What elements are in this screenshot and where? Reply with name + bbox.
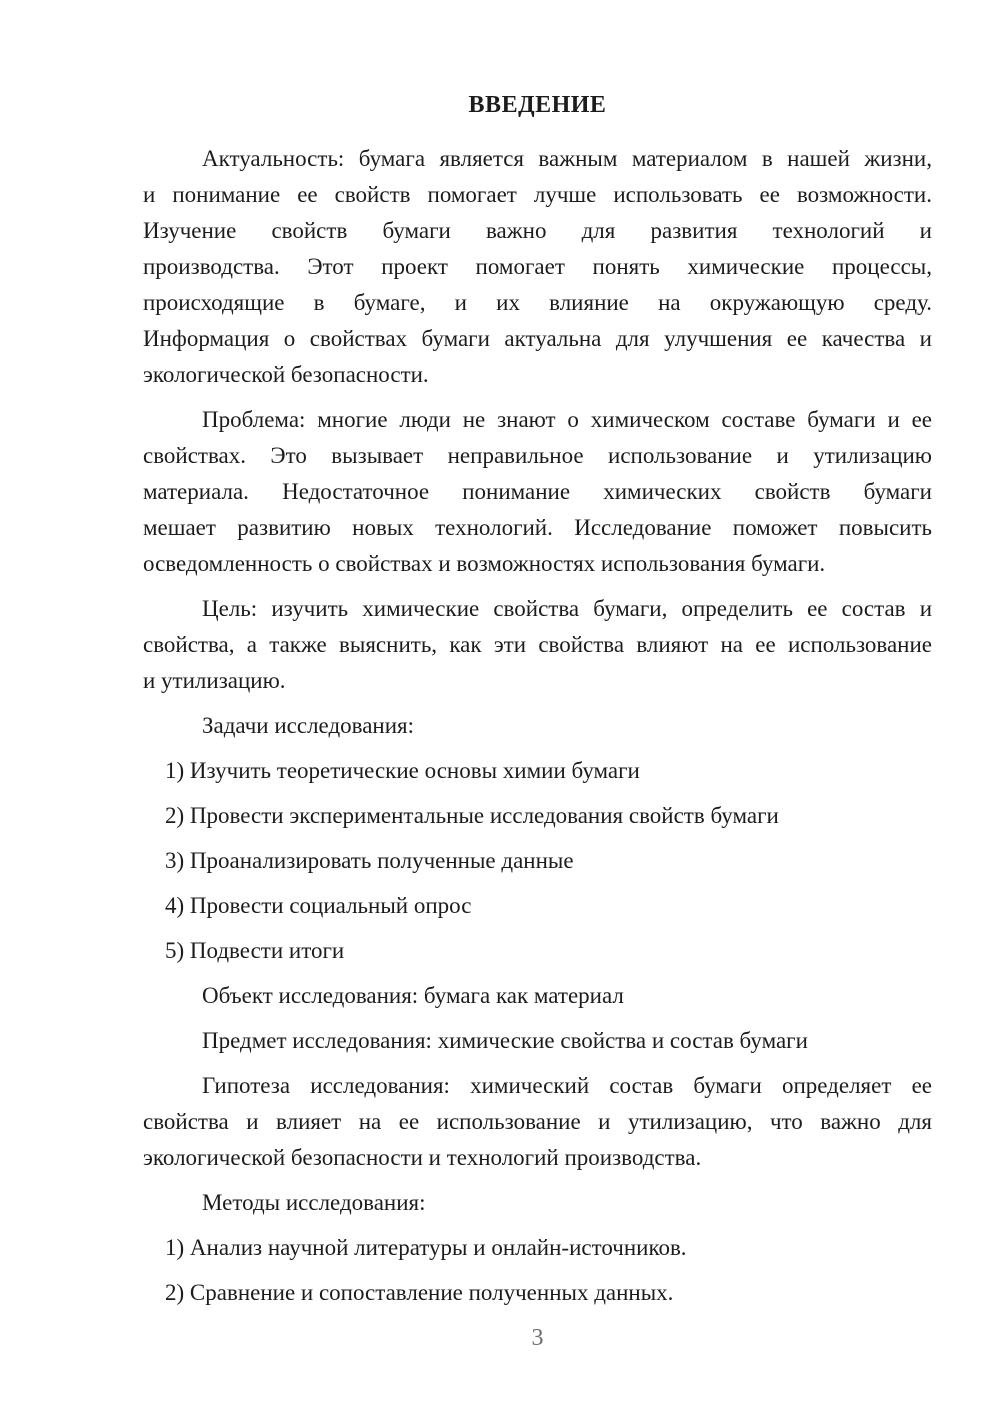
text-line: свойства, а также выяснить, как эти свой… (143, 627, 932, 663)
list-item: 5) Подвести итоги (143, 933, 932, 969)
text-line: экологической безопасности и технологий … (143, 1140, 932, 1176)
text-line: и утилизацию. (143, 663, 932, 699)
paragraph: Цель: изучить химические свойства бумаги… (143, 591, 932, 699)
paragraph: Предмет исследования: химические свойств… (143, 1023, 932, 1059)
document-body: Актуальность: бумага является важным мат… (143, 141, 932, 1311)
text-line: Актуальность: бумага является важным мат… (143, 141, 932, 177)
list-item: 4) Провести социальный опрос (143, 888, 932, 924)
text-line: происходящие в бумаге, и их влияние на о… (143, 285, 932, 321)
paragraph: Гипотеза исследования: химический состав… (143, 1068, 932, 1176)
text-line: и понимание ее свойств помогает лучше ис… (143, 177, 932, 213)
text-line: производства. Этот проект помогает понят… (143, 249, 932, 285)
list-item: 1) Изучить теоретические основы химии бу… (143, 753, 932, 789)
paragraph: Методы исследования: (143, 1185, 932, 1221)
page-title: ВВЕДЕНИЕ (143, 87, 932, 123)
text-line: экологической безопасности. (143, 357, 932, 393)
text-line: Задачи исследования: (143, 708, 932, 744)
text-line: 1) Анализ научной литературы и онлайн-ис… (165, 1230, 932, 1266)
text-line: свойствах. Это вызывает неправильное исп… (143, 438, 932, 474)
list-item: 3) Проанализировать полученные данные (143, 843, 932, 879)
text-line: мешает развитию новых технологий. Исслед… (143, 510, 932, 546)
text-line: Изучение свойств бумаги важно для развит… (143, 213, 932, 249)
list-item: 2) Провести экспериментальные исследован… (143, 798, 932, 834)
text-line: свойства и влияет на ее использование и … (143, 1104, 932, 1140)
text-line: 2) Провести экспериментальные исследован… (165, 798, 932, 834)
text-line: Цель: изучить химические свойства бумаги… (143, 591, 932, 627)
text-line: Информация о свойствах бумаги актуальна … (143, 321, 932, 357)
text-line: Предмет исследования: химические свойств… (143, 1023, 932, 1059)
text-line: Проблема: многие люди не знают о химичес… (143, 402, 932, 438)
text-line: Объект исследования: бумага как материал (143, 978, 932, 1014)
text-line: 4) Провести социальный опрос (165, 888, 932, 924)
text-line: Методы исследования: (143, 1185, 932, 1221)
text-line: осведомленность о свойствах и возможност… (143, 546, 932, 582)
list-item: 2) Сравнение и сопоставление полученных … (143, 1275, 932, 1311)
page-number: 3 (143, 1320, 932, 1356)
text-line: 3) Проанализировать полученные данные (165, 843, 932, 879)
paragraph: Проблема: многие люди не знают о химичес… (143, 402, 932, 582)
paragraph: Задачи исследования: (143, 708, 932, 744)
paragraph: Объект исследования: бумага как материал (143, 978, 932, 1014)
text-line: материала. Недостаточное понимание химич… (143, 474, 932, 510)
document-page: ВВЕДЕНИЕ Актуальность: бумага является в… (0, 0, 1000, 1414)
text-line: 1) Изучить теоретические основы химии бу… (165, 753, 932, 789)
text-line: Гипотеза исследования: химический состав… (143, 1068, 932, 1104)
paragraph: Актуальность: бумага является важным мат… (143, 141, 932, 393)
text-line: 5) Подвести итоги (165, 933, 932, 969)
text-line: 2) Сравнение и сопоставление полученных … (165, 1275, 932, 1311)
list-item: 1) Анализ научной литературы и онлайн-ис… (143, 1230, 932, 1266)
